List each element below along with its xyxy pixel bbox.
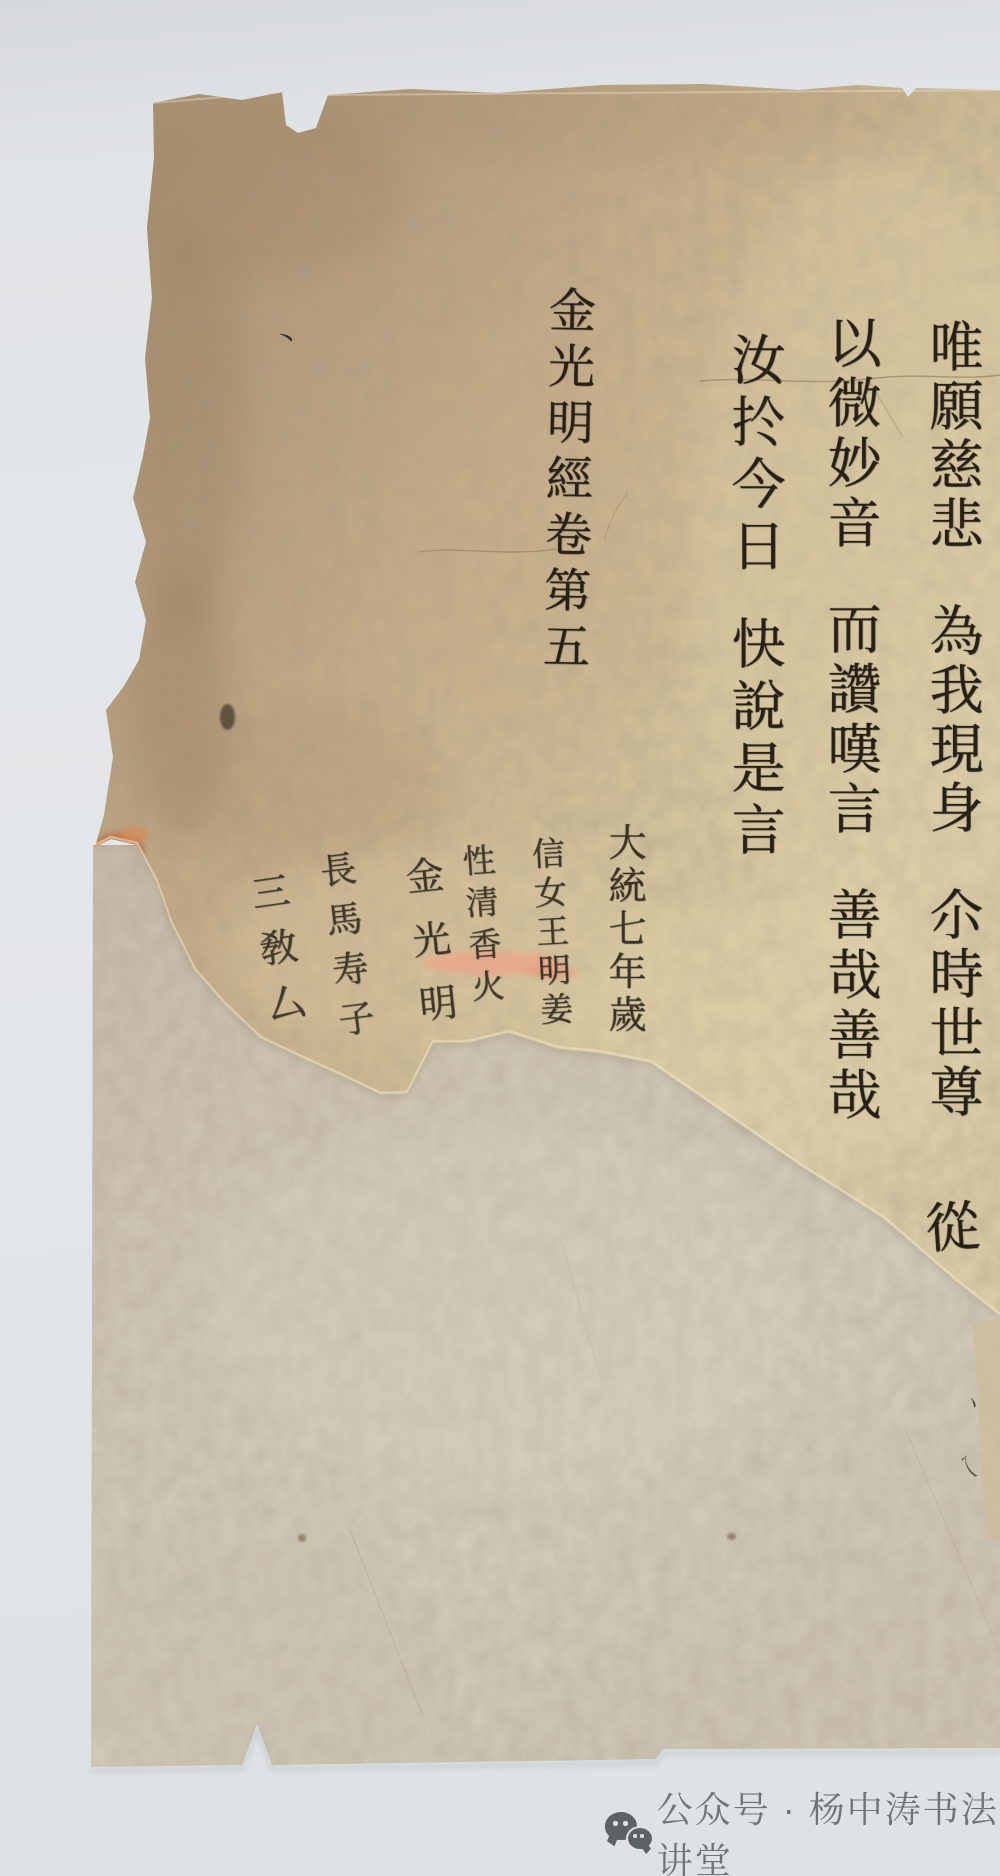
bubble-eye [640,1834,644,1838]
watermark-text: 公众号 · 杨中涛书法讲堂 [657,1782,1000,1876]
wechat-icon [604,1809,647,1857]
photo-of-manuscript: 唯願慈悲為我現身尒時世尊從以微妙音而讚嘆言善哉善哉汝扵今日快說是言金光明經卷第五… [0,0,1000,1876]
bubble-eye [623,1821,628,1826]
bubble-tail [607,1833,618,1847]
watermark: 公众号 · 杨中涛书法讲堂 [604,1806,1000,1860]
paper-artwork [0,0,1000,1876]
bubble-tail [642,1843,651,1854]
wechat-bubble-small [626,1826,654,1851]
bubble-eye [633,1834,637,1838]
bubble-eye [613,1821,618,1826]
